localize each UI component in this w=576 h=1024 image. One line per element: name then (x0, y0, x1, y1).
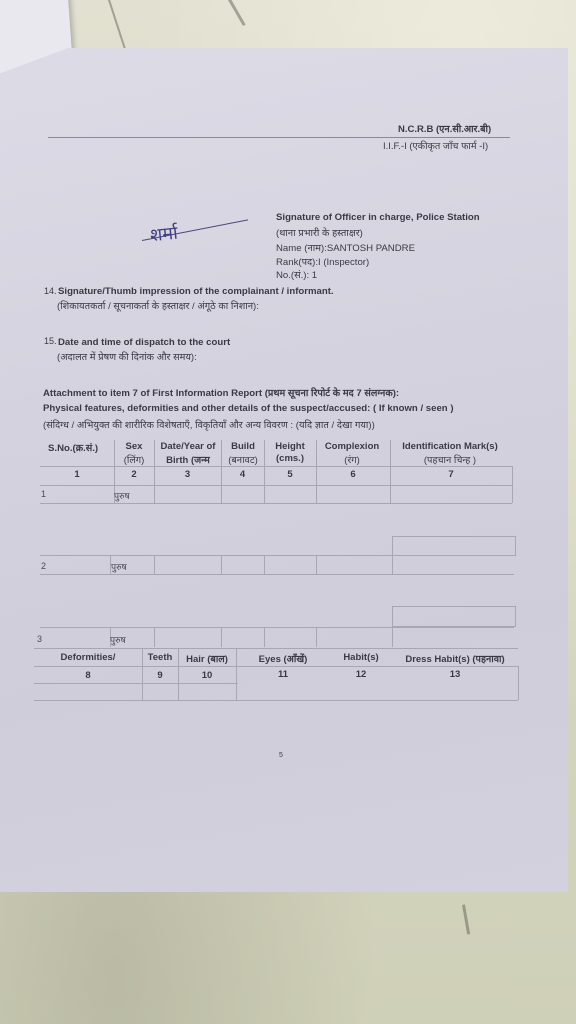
table-rule (221, 555, 222, 574)
col-header-complexion-hi: (रंग) (316, 453, 388, 466)
table-rule (316, 555, 317, 574)
item-14-label: Signature/Thumb impression of the compla… (58, 286, 334, 297)
table-rule (154, 627, 155, 647)
col-number: 9 (142, 670, 178, 681)
table-rule (40, 574, 514, 575)
page-number: 5 (279, 752, 283, 759)
row-sno: 3 (37, 634, 42, 644)
table-rule (264, 627, 265, 647)
col-number: 10 (178, 670, 236, 681)
col-header-height-unit: (cms.) (264, 453, 316, 464)
form-code: I.I.F.-I (एकीकृत जाँच फार्म -I) (383, 139, 488, 152)
col-header-dress-habits: Dress Habit(s) (पहनावा) (392, 652, 518, 665)
item-14-label-hi: (शिकायतकर्ता / सूचनाकर्ता के हस्ताक्षर /… (57, 299, 259, 312)
row-sno: 2 (41, 561, 46, 571)
col-number: 6 (316, 469, 390, 480)
officer-name: Name (नाम):SANTOSH PANDRE (276, 241, 415, 254)
col-header-complexion: Complexion (316, 441, 388, 452)
col-header-dob: Date/Year of (154, 441, 222, 452)
col-header-dob-2: Birth (जन्म (154, 453, 222, 466)
officer-rank: Rank(पद):I (Inspector) (276, 255, 369, 268)
col-header-deformities: Deformities/ (34, 652, 142, 663)
table-rule (40, 555, 514, 556)
col-header-eyes: Eyes (आँखें) (236, 652, 330, 665)
item-15-label-hi: (अदालत में प्रेषण की दिनांक और समय): (57, 350, 197, 363)
col-number: 11 (236, 669, 330, 680)
item-14-number: 14. (44, 286, 57, 296)
col-number: 4 (221, 469, 264, 480)
table-rule (40, 466, 512, 467)
col-number: 8 (34, 670, 142, 681)
attachment-title: Attachment to item 7 of First Informatio… (43, 386, 399, 399)
item-15-number: 15. (44, 336, 57, 346)
table-rule (392, 555, 393, 574)
ncrb-header: N.C.R.B (एन.सी.आर.बी) (398, 122, 491, 135)
col-number: 7 (390, 469, 512, 480)
item-15-label: Date and time of dispatch to the court (58, 337, 230, 348)
table-rule (512, 466, 513, 503)
col-header-height: Height (264, 441, 316, 452)
header-divider (48, 137, 510, 138)
col-number: 3 (154, 469, 221, 480)
table-rule (40, 503, 512, 504)
table-rule (264, 555, 265, 574)
col-number: 1 (40, 469, 114, 480)
officer-number: No.(सं.): 1 (276, 268, 317, 281)
id-mark-box (392, 606, 516, 627)
table-rule (221, 627, 222, 647)
col-header-sno: S.No.(क्र.सं.) (48, 441, 98, 454)
officer-signature-label: Signature of Officer in charge, Police S… (276, 212, 480, 223)
attachment-subtitle: Physical features, deformities and other… (43, 403, 454, 414)
col-number: 12 (330, 669, 392, 680)
table-rule (154, 555, 155, 574)
row-sex: पुरुष (111, 560, 127, 573)
officer-signature: शर्मा (149, 221, 179, 248)
attachment-subtitle-hi: (संदिग्ध / अभियुक्त की शारीरिक विशेषताएँ… (43, 418, 375, 431)
officer-signature-label-hi: (थाना प्रभारी के हस्ताक्षर) (276, 226, 363, 239)
col-header-hair: Hair (बाल) (178, 652, 236, 665)
col-number: 13 (392, 669, 518, 680)
row-sex: पुरुष (110, 633, 126, 646)
col-header-sex-hi: (लिंग) (114, 453, 154, 466)
table-rule (40, 485, 512, 486)
col-number: 5 (264, 469, 316, 480)
col-header-sex: Sex (114, 441, 154, 452)
table-rule (34, 666, 518, 667)
table-rule (40, 627, 514, 628)
table-rule (518, 666, 519, 700)
table-rule (316, 627, 317, 647)
col-header-teeth: Teeth (142, 652, 178, 663)
id-mark-box (392, 536, 516, 556)
col-number: 2 (114, 469, 154, 480)
col-header-build: Build (222, 441, 264, 452)
col-header-id-marks-hi: (पहचान चिन्ह ) (390, 453, 510, 466)
row-sno: 1 (41, 489, 46, 499)
table-rule (34, 683, 238, 684)
row-sex: पुरुष (114, 489, 130, 502)
col-header-habits: Habit(s) (330, 652, 392, 663)
col-header-build-hi: (बनावट) (222, 453, 264, 466)
table-rule (34, 700, 518, 701)
table-rule (392, 627, 393, 647)
col-header-id-marks: Identification Mark(s) (390, 441, 510, 452)
table-rule (34, 648, 518, 649)
